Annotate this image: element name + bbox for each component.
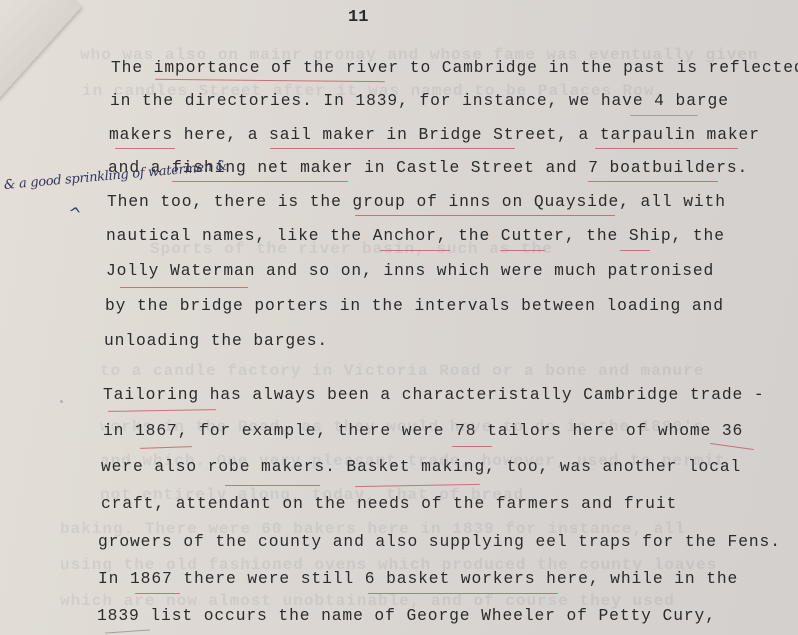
underline-mark: [105, 629, 150, 633]
text-line: unloading the barges.: [104, 331, 328, 350]
underline-mark: [355, 215, 615, 216]
text-line: Then too, there is the group of inns on …: [107, 192, 726, 211]
text-line: in the directories. In 1839, for instanc…: [110, 91, 729, 110]
text-line: nautical names, like the Anchor, the Cut…: [106, 226, 725, 245]
underline-mark: [108, 409, 216, 412]
document-page: who was also on mainr gronay and whose f…: [0, 0, 798, 635]
underline-mark: [588, 181, 718, 182]
insertion-caret-mark: ^: [66, 203, 83, 224]
underline-mark: [172, 181, 348, 182]
bleed-line: to a candle factory in Victoria Road or …: [100, 362, 704, 380]
underline-mark: [620, 250, 650, 251]
underline-mark: [270, 148, 515, 149]
page-number: 11: [348, 8, 368, 27]
underline-mark: [452, 446, 492, 447]
underline-mark: [120, 287, 248, 288]
text-line: The importance of the river to Cambridge…: [111, 58, 798, 77]
text-line: In 1867 there were still 6 basket worker…: [98, 569, 738, 588]
text-line: makers here, a sail maker in Bridge Stre…: [109, 125, 760, 144]
text-line: in 1867, for example, there were 78 tail…: [103, 421, 743, 440]
underline-mark: [630, 115, 698, 116]
underline-mark: [368, 593, 558, 594]
underline-mark: [380, 250, 450, 251]
underline-mark: [225, 485, 320, 486]
text-line: growers of the county and also supplying…: [98, 532, 781, 551]
text-line: by the bridge porters in the intervals b…: [105, 296, 724, 315]
text-line: craft, attendant on the needs of the far…: [101, 494, 677, 513]
text-line: were also robe makers. Basket making, to…: [101, 457, 741, 476]
underline-mark: [710, 443, 754, 450]
underline-mark: [500, 250, 545, 251]
text-line: Tailoring has always been a characterist…: [103, 385, 765, 404]
text-line: Jolly Waterman and so on, inns which wer…: [106, 261, 714, 280]
underline-mark: [595, 148, 738, 149]
underline-mark: [140, 446, 192, 449]
underline-mark: [135, 593, 180, 594]
text-line: 1839 list occurs the name of George Whee…: [97, 606, 716, 625]
paper-speck: [60, 400, 63, 403]
underline-mark: [115, 148, 175, 149]
